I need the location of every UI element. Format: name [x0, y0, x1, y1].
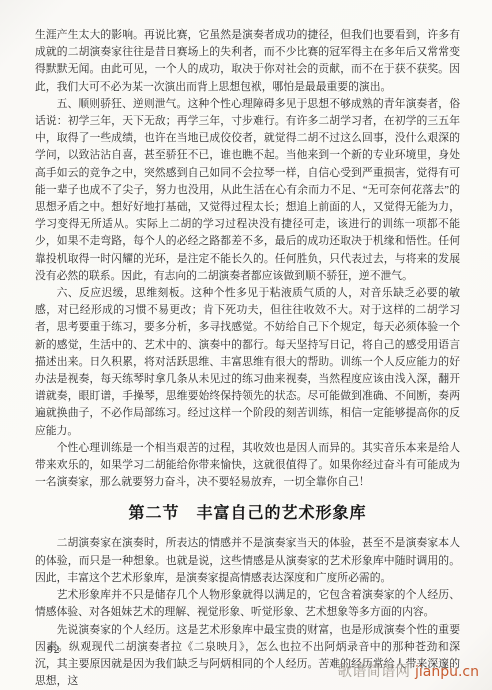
watermark-site-name: 歌谱简谱网 — [337, 664, 410, 680]
watermark-domain: jianpu.cn — [415, 664, 479, 680]
paragraph-continuation: 生涯产生太大的影响。再说比赛，它虽然是演奏者成功的捷径，但我们也要看到，许多有成… — [35, 27, 460, 96]
paragraph-conclusion: 个性心理训练是一个相当艰苦的过程，其收效也是因人而异的。其实音乐本来是给人带来欢… — [35, 440, 460, 492]
book-page: 生涯产生太大的影响。再说比赛，它虽然是演奏者成功的捷径，但我们也要看到，许多有成… — [0, 0, 492, 690]
paragraph-imagery-scope: 艺术形象库并不只是储存几个人物形象就得以满足的，它包含着演奏家的个人经历、情感体… — [35, 587, 460, 621]
watermark: 歌谱简谱网jianpu.cn — [337, 660, 479, 681]
paragraph-imagery-intro: 二胡演奏家在演奏时，所表达的情感并不是演奏家当天的体验，甚至不是演奏家本人的体验… — [35, 535, 460, 587]
page-number: 92 — [47, 644, 61, 656]
body-text: 生涯产生太大的影响。再说比赛，它虽然是演奏者成功的捷径，但我们也要看到，许多有成… — [35, 27, 460, 690]
paragraph-point-five: 五、顺则骄狂、逆则泄气。这种个性心理障碍多见于思想不够成熟的青年演奏者，俗话说：… — [35, 96, 460, 285]
section-heading: 第二节 丰富自己的艺术形象库 — [35, 504, 460, 524]
paragraph-point-six: 六、反应迟缓，思维刻板。这种个性多见于粘液质气质的人，对音乐缺乏必要的敏感，对已… — [35, 285, 460, 440]
